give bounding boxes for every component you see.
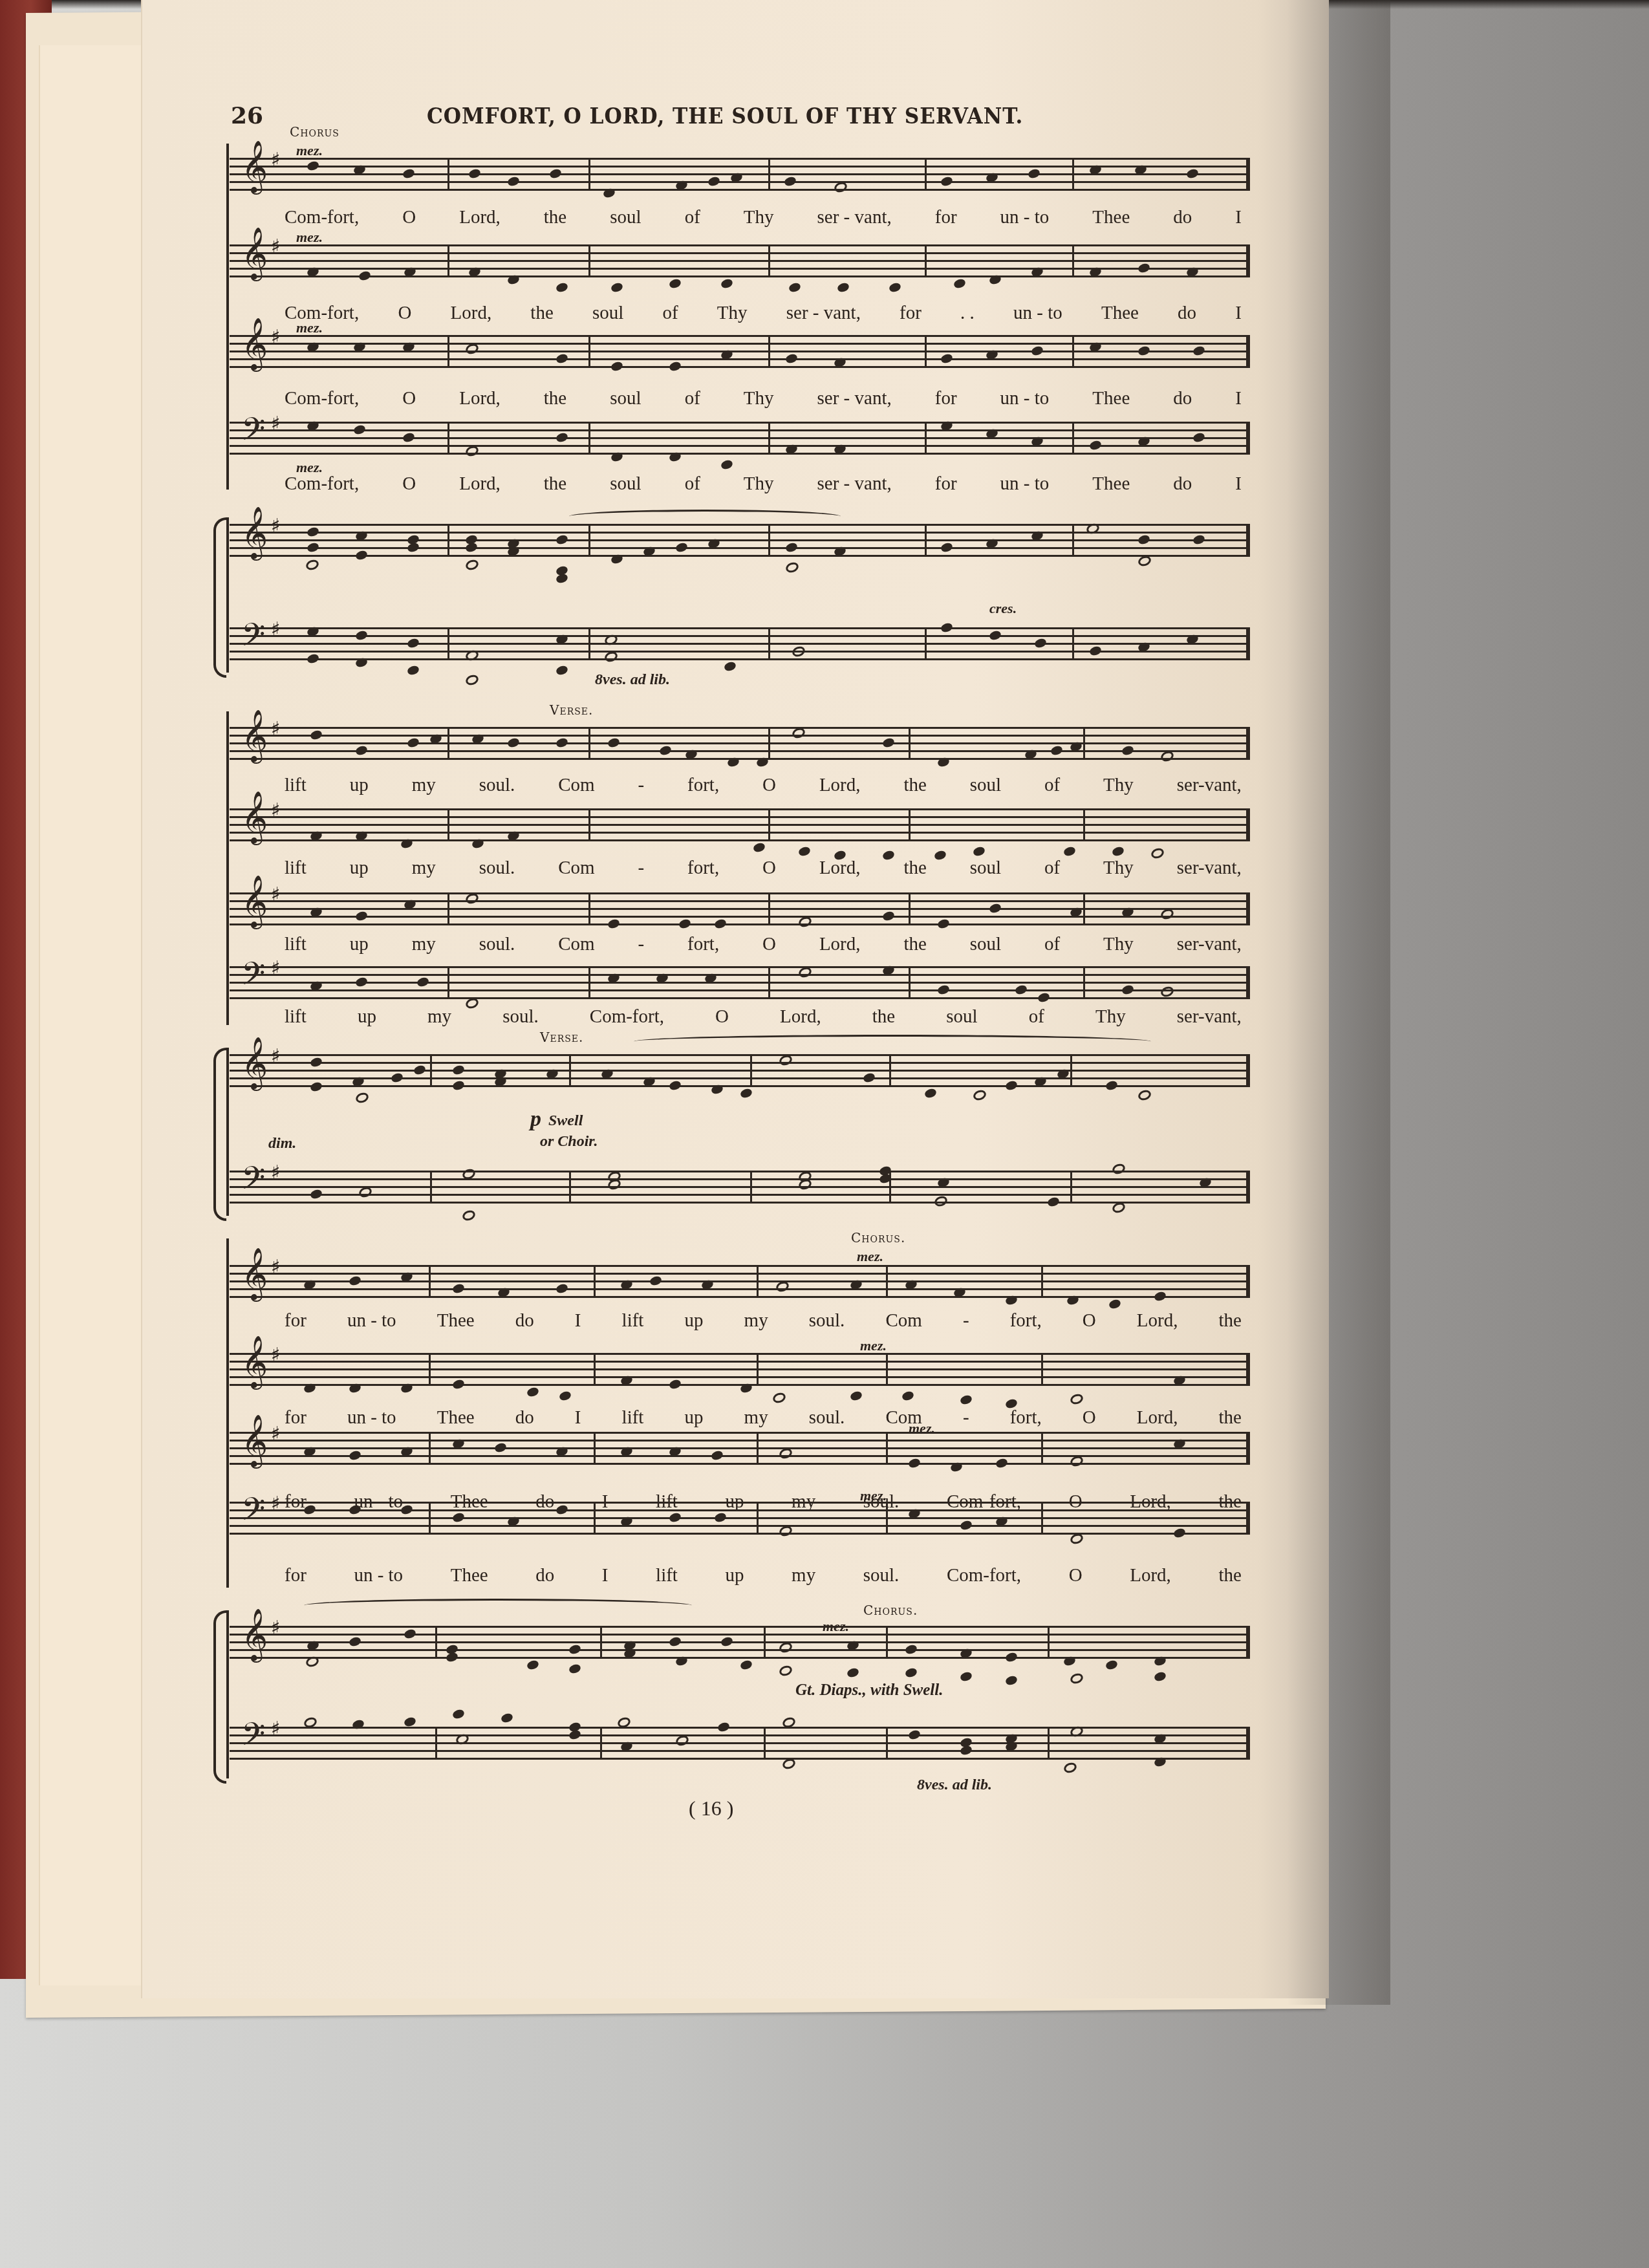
sharp-key-signature-icon: ♯ <box>271 1256 281 1279</box>
alto-staff: 𝄞 ♯ <box>230 244 1250 275</box>
soprano-lyrics: forun - toTheedoIliftupmysoul.Com-fort,O… <box>285 1310 1242 1334</box>
sharp-key-signature-icon: ♯ <box>271 149 281 171</box>
treble-clef-icon: 𝄞 <box>241 713 268 758</box>
tenor-lyrics: Com-fort,OLord,thesoulofThyser - vant,fo… <box>285 388 1242 411</box>
soprano-staff: 𝄞 ♯ <box>230 158 1250 189</box>
phrase-slur <box>634 1035 1151 1048</box>
sharp-key-signature-icon: ♯ <box>271 235 281 258</box>
sharp-key-signature-icon: ♯ <box>271 883 281 906</box>
phrase-slur <box>569 510 841 523</box>
bass-lyrics: Com-fort,OLord,thesoulofThyser - vant,fo… <box>285 473 1242 497</box>
bass-staff: 𝄢 ♯ <box>230 1502 1250 1533</box>
dynamic-mez: mez. <box>860 1337 887 1354</box>
treble-clef-icon: 𝄞 <box>241 878 268 923</box>
alto-staff: 𝄞 ♯ <box>230 1353 1250 1384</box>
sharp-key-signature-icon: ♯ <box>271 1617 281 1639</box>
bass-clef-icon: 𝄢 <box>241 414 265 451</box>
treble-clef-icon: 𝄞 <box>241 1418 268 1463</box>
section-label-verse: Verse. <box>550 702 593 718</box>
sharp-key-signature-icon: ♯ <box>271 799 281 822</box>
alto-lyrics: forun - toTheedoIliftupmysoul.Com-fort,O… <box>285 1407 1242 1431</box>
treble-clef-icon: 𝄞 <box>241 144 268 189</box>
alto-lyrics: Com-fort,OLord,thesoulofThyser - vant,fo… <box>285 303 1242 326</box>
treble-clef-icon: 𝄞 <box>241 1251 268 1296</box>
sharp-key-signature-icon: ♯ <box>271 1718 281 1740</box>
organ-bass-staff: 𝄢 ♯ <box>230 627 1250 658</box>
tenor-staff: 𝄞 ♯ <box>230 1432 1250 1463</box>
organ-treble-staff: 𝄞 ♯ <box>230 1054 1250 1085</box>
organ-brace <box>213 1610 226 1784</box>
bass-lyrics: forun - toTheedoIliftupmysoul.Com-fort,O… <box>285 1565 1242 1588</box>
soprano-lyrics: liftupmysoul.Com-fort,OLord,thesoulofThy… <box>285 775 1242 798</box>
page-number: 26 <box>231 102 263 129</box>
bass-clef-icon: 𝄢 <box>241 1163 265 1200</box>
organ-treble-staff: 𝄞 ♯ <box>230 524 1250 555</box>
dynamic-mez: mez. <box>296 229 323 246</box>
swell-marking: Swell <box>548 1112 583 1130</box>
soprano-staff: 𝄞 ♯ <box>230 1265 1250 1296</box>
organ-section-label-chorus: Chorus. <box>863 1603 918 1618</box>
sharp-key-signature-icon: ♯ <box>271 1493 281 1515</box>
treble-clef-icon: 𝄞 <box>241 321 268 366</box>
organ-bass-staff: 𝄢 ♯ <box>230 1727 1250 1758</box>
sheet-music-page <box>141 0 1329 1998</box>
sharp-key-signature-icon: ♯ <box>271 1045 281 1068</box>
treble-clef-icon: 𝄞 <box>241 1339 268 1384</box>
sharp-key-signature-icon: ♯ <box>271 1161 281 1184</box>
soprano-lyrics: Com-fort,OLord,thesoulofThyser - vant,fo… <box>285 207 1242 230</box>
choir-bracket <box>226 1238 229 1588</box>
gt-diaps-swell-marking: Gt. Diaps., with Swell. <box>795 1681 943 1700</box>
bass-clef-icon: 𝄢 <box>241 958 265 996</box>
treble-clef-icon: 𝄞 <box>241 230 268 275</box>
soprano-staff: 𝄞 ♯ <box>230 727 1250 758</box>
organ-bracket <box>226 1610 229 1778</box>
phrase-slur <box>304 1599 692 1612</box>
sharp-key-signature-icon: ♯ <box>271 1344 281 1366</box>
or-choir-marking: or Choir. <box>540 1133 598 1150</box>
organ-bracket <box>226 517 229 673</box>
tenor-staff: 𝄞 ♯ <box>230 892 1250 923</box>
treble-clef-icon: 𝄞 <box>241 794 268 839</box>
choir-bracket <box>226 144 229 490</box>
organ-treble-staff: 𝄞 ♯ <box>230 1626 1250 1657</box>
octaves-ad-lib-marking: 8ves. ad lib. <box>595 671 670 689</box>
cres-marking: cres. <box>989 600 1017 617</box>
bass-clef-icon: 𝄢 <box>241 1719 265 1756</box>
organ-bass-staff: 𝄢 ♯ <box>230 1171 1250 1202</box>
page-title: COMFORT, O LORD, THE SOUL OF THY SERVANT… <box>427 103 1023 129</box>
sharp-key-signature-icon: ♯ <box>271 326 281 349</box>
bass-staff: 𝄢 ♯ <box>230 966 1250 997</box>
treble-clef-icon: 𝄞 <box>241 510 268 555</box>
sharp-key-signature-icon: ♯ <box>271 718 281 740</box>
tenor-staff: 𝄞 ♯ <box>230 335 1250 366</box>
treble-clef-icon: 𝄞 <box>241 1612 268 1657</box>
bass-staff: 𝄢 ♯ <box>230 422 1250 453</box>
bass-clef-icon: 𝄢 <box>241 620 265 657</box>
dynamic-mez: mez. <box>857 1248 883 1265</box>
tenor-lyrics: liftupmysoul.Com-fort,OLord,thesoulofThy… <box>285 934 1242 957</box>
organ-brace <box>213 1048 226 1221</box>
sharp-key-signature-icon: ♯ <box>271 515 281 537</box>
bass-lyrics: liftupmysoul.Com-fort,OLord,thesoulofThy… <box>285 1006 1242 1030</box>
organ-bracket <box>226 1048 229 1216</box>
octaves-ad-lib-marking: 8ves. ad lib. <box>917 1777 992 1794</box>
choir-bracket <box>226 711 229 1025</box>
organ-brace <box>213 517 226 678</box>
bass-clef-icon: 𝄢 <box>241 1494 265 1531</box>
alto-lyrics: liftupmysoul.Com-fort,OLord,thesoulofThy… <box>285 858 1242 881</box>
piano-dynamic: p <box>530 1107 541 1132</box>
page-marker: ( 16 ) <box>689 1797 733 1820</box>
sharp-key-signature-icon: ♯ <box>271 618 281 641</box>
dynamic-mez: mez. <box>296 319 323 336</box>
dim-marking: dim. <box>268 1135 296 1152</box>
treble-clef-icon: 𝄞 <box>241 1040 268 1085</box>
sharp-key-signature-icon: ♯ <box>271 413 281 435</box>
section-label-chorus: Chorus. <box>851 1230 905 1246</box>
dynamic-mez: mez. <box>296 142 323 159</box>
organ-section-label-verse: Verse. <box>540 1030 583 1045</box>
sharp-key-signature-icon: ♯ <box>271 1423 281 1445</box>
alto-staff: 𝄞 ♯ <box>230 808 1250 839</box>
section-label-chorus: Chorus <box>290 124 339 140</box>
sharp-key-signature-icon: ♯ <box>271 957 281 980</box>
page-edge-shadow <box>1287 0 1390 2005</box>
